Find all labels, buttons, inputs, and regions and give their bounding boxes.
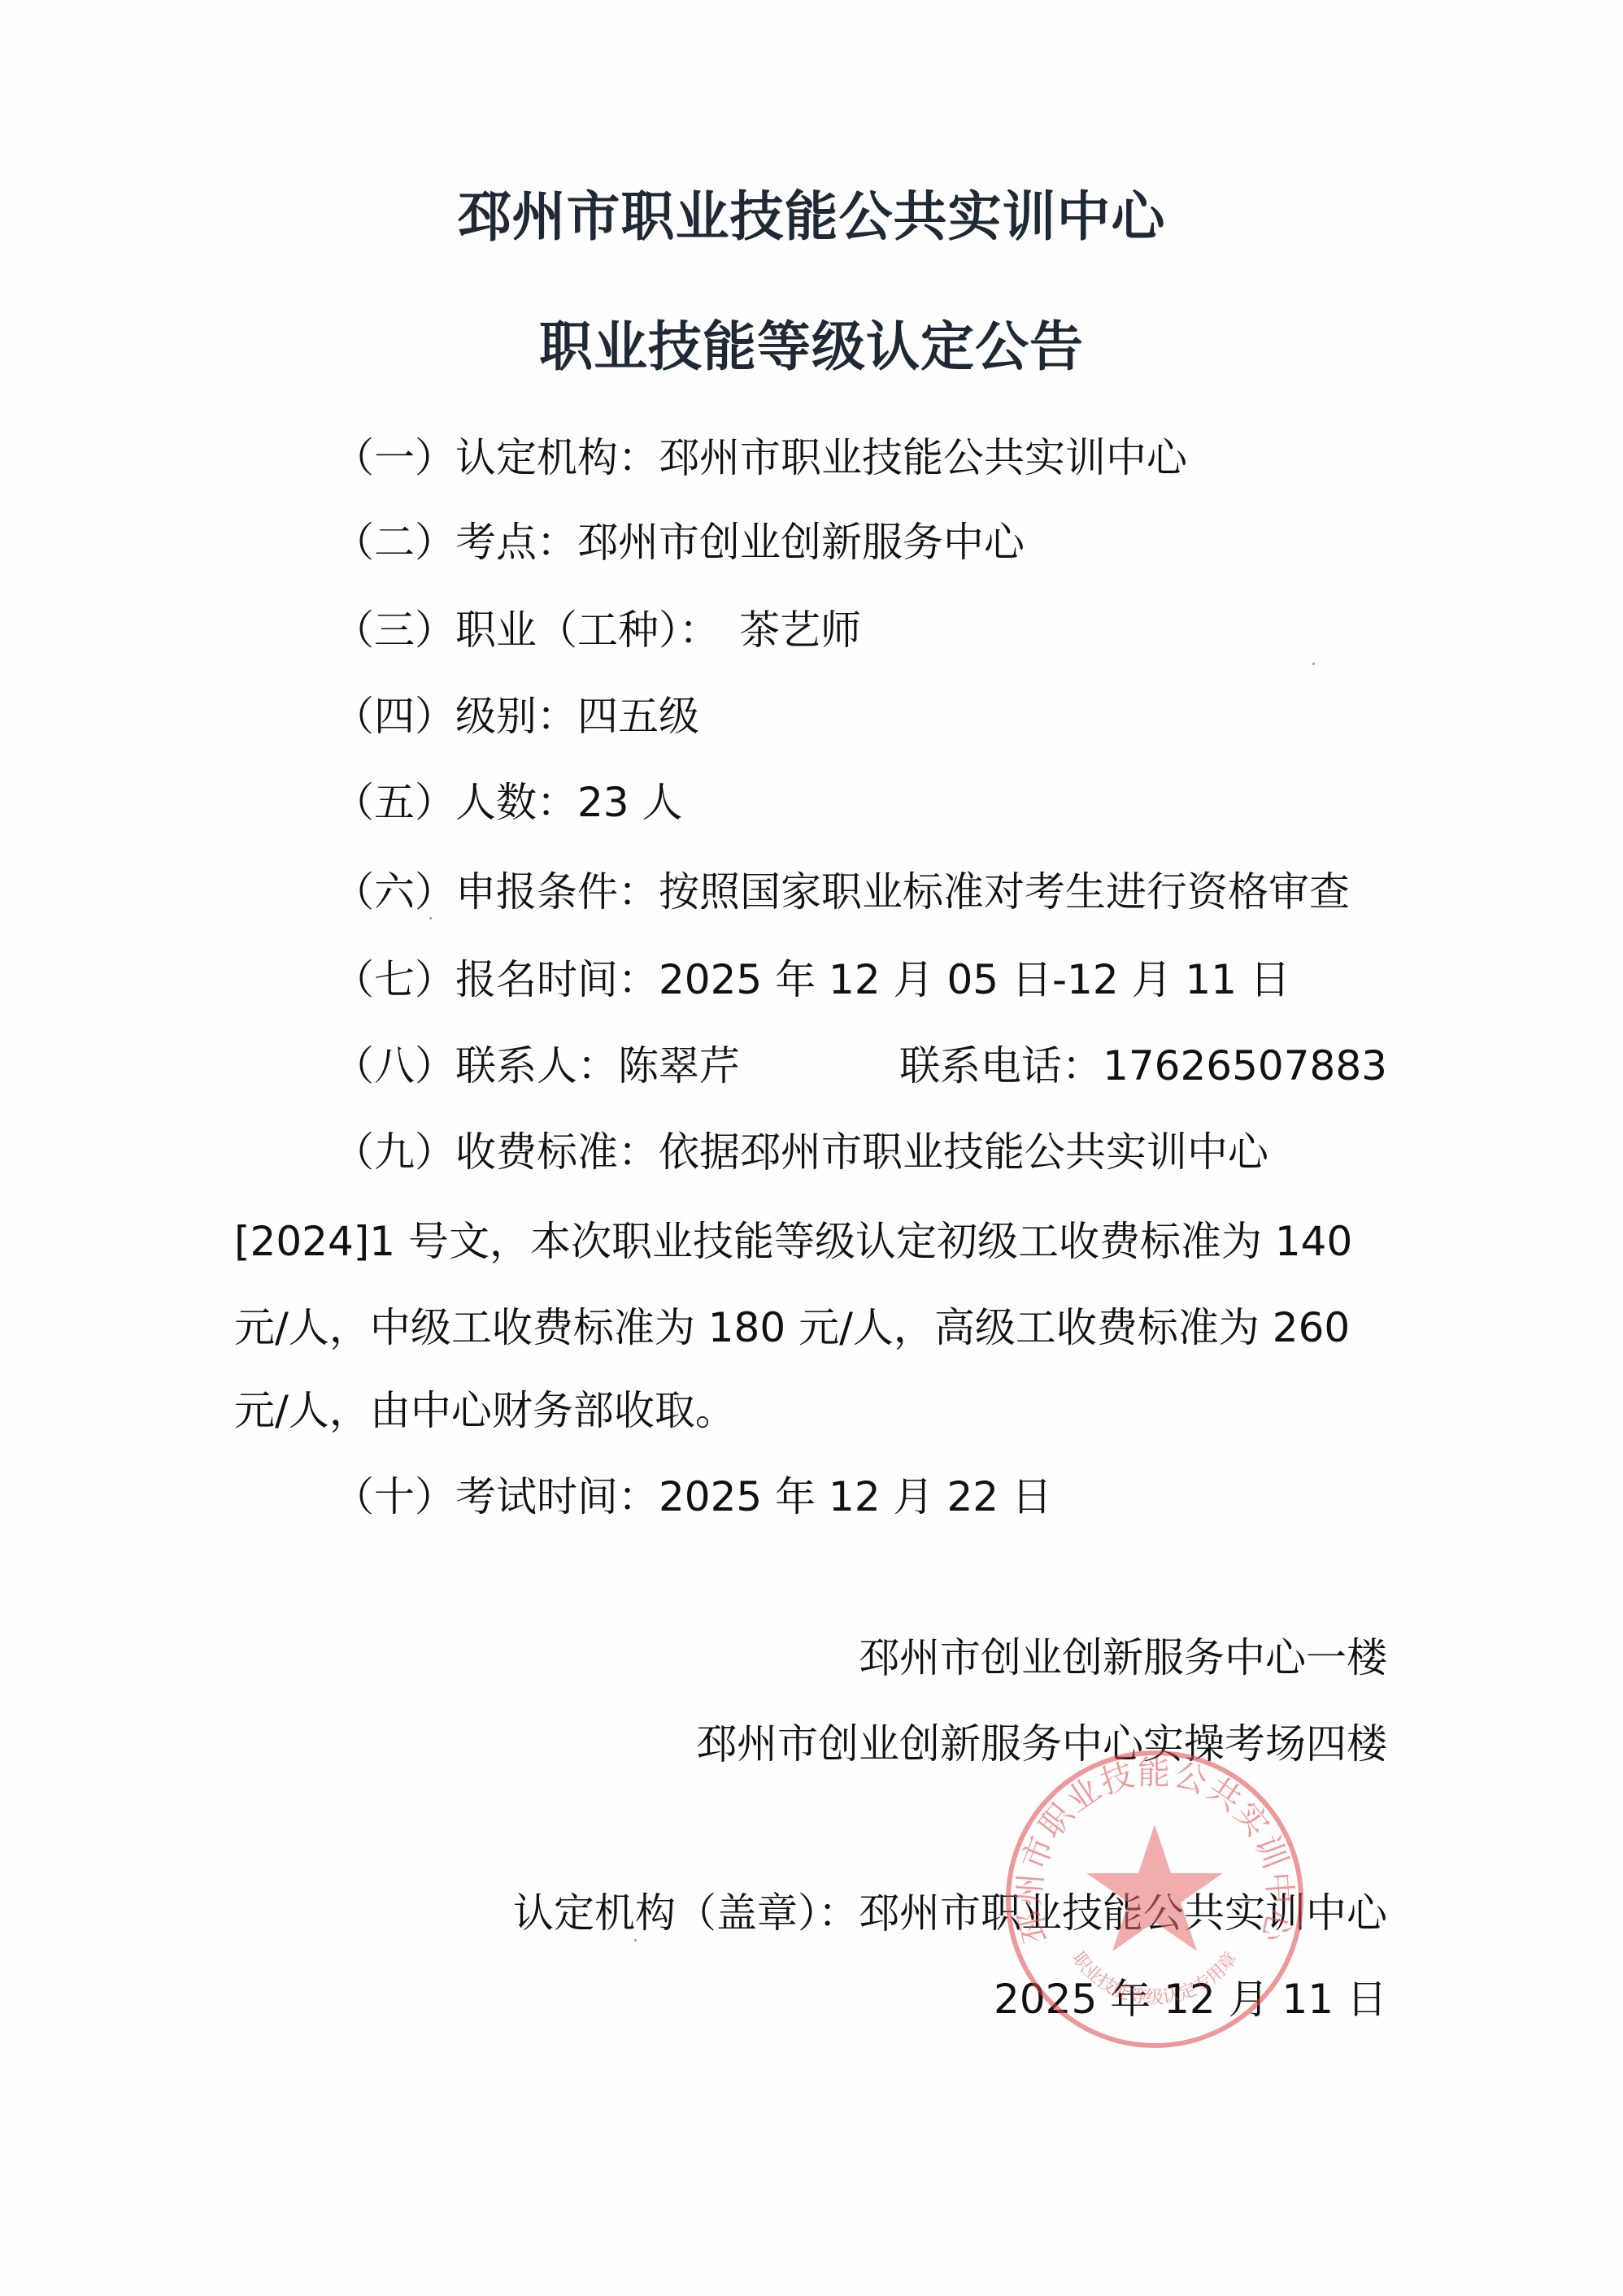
item-index: （六） xyxy=(333,868,455,915)
item-index: （一） xyxy=(333,434,455,481)
item-value: 陈翠芹 xyxy=(618,1042,740,1089)
item-index: （七） xyxy=(333,956,455,1003)
item-exam-site: （二）考点：邳州市创业创新服务中心 xyxy=(333,514,1025,571)
signature-line: 认定机构（盖章）：邳州市职业技能公共实训中心 xyxy=(513,1885,1387,1942)
item-label: 级别： xyxy=(455,693,577,740)
scan-speck xyxy=(634,1939,637,1942)
item-value: 茶艺师 xyxy=(739,607,861,654)
item-value: 按照国家职业标准对考生进行资格审查 xyxy=(659,868,1350,915)
signature-date: 2025 年 12 月 11 日 xyxy=(994,1971,1387,2028)
item-level: （四）级别：四五级 xyxy=(333,688,699,745)
item-fee-standard: （九）收费标准：依据邳州市职业技能公共实训中心 xyxy=(333,1124,1268,1181)
item-label: 考试时间： xyxy=(455,1473,659,1520)
item-index: （九） xyxy=(333,1128,455,1176)
signature-label: 认定机构（盖章）： xyxy=(513,1889,859,1937)
fee-paragraph-line-2: [2024]1 号文，本次职业技能等级认定初级工收费标准为 140 xyxy=(234,1213,1352,1270)
item-label: 职业（工种）： xyxy=(455,607,720,654)
document-page: 邳州市职业技能公共实训中心 职业技能等级认定公告 （一）认定机构：邳州市职业技能… xyxy=(0,0,1623,2296)
item-value: 23 人 xyxy=(577,779,683,826)
item-headcount: （五）人数：23 人 xyxy=(333,774,683,831)
item-label: 联系人： xyxy=(455,1042,618,1089)
scan-speck xyxy=(429,917,432,920)
item-exam-date: （十）考试时间：2025 年 12 月 22 日 xyxy=(333,1468,1052,1525)
item-index: （五） xyxy=(333,779,455,826)
location-line-2: 邳州市创业创新服务中心实操考场四楼 xyxy=(696,1715,1387,1772)
item-value: 邳州市创业创新服务中心 xyxy=(577,519,1025,566)
item-contact-person: （八）联系人：陈翠芹 xyxy=(333,1037,740,1094)
title-line-2: 职业技能等级认定公告 xyxy=(0,314,1623,379)
contact-phone-number: 17626507883 xyxy=(1103,1042,1387,1089)
item-label: 申报条件： xyxy=(455,868,659,915)
fee-paragraph-line-4: 元/人，由中心财务部收取。 xyxy=(234,1382,736,1439)
item-index: （十） xyxy=(333,1473,455,1520)
item-label: 收费标准： xyxy=(455,1128,659,1176)
item-eligibility: （六）申报条件：按照国家职业标准对考生进行资格审查 xyxy=(333,863,1350,920)
item-value: 2025 年 12 月 22 日 xyxy=(659,1473,1052,1520)
scan-speck xyxy=(1312,663,1315,665)
item-index: （三） xyxy=(333,607,455,654)
fee-paragraph-line-3: 元/人，中级工收费标准为 180 元/人，高级工收费标准为 260 xyxy=(234,1299,1350,1356)
item-value: 邳州市职业技能公共实训中心 xyxy=(659,434,1187,481)
item-index: （八） xyxy=(333,1042,455,1089)
item-index: （二） xyxy=(333,519,455,566)
item-value: 四五级 xyxy=(577,693,699,740)
item-registration-period: （七）报名时间：2025 年 12 月 05 日-12 月 11 日 xyxy=(333,951,1290,1008)
title-line-1: 邳州市职业技能公共实训中心 xyxy=(0,184,1623,249)
item-value: 2025 年 12 月 05 日-12 月 11 日 xyxy=(659,956,1290,1003)
item-certification-body: （一）认定机构：邳州市职业技能公共实训中心 xyxy=(333,429,1187,486)
item-index: （四） xyxy=(333,693,455,740)
item-label: 考点： xyxy=(455,519,577,566)
location-line-1: 邳州市创业创新服务中心一楼 xyxy=(859,1629,1387,1686)
item-value: 依据邳州市职业技能公共实训中心 xyxy=(659,1128,1268,1176)
item-occupation: （三）职业（工种）：茶艺师 xyxy=(333,602,861,659)
item-label: 人数： xyxy=(455,779,577,826)
contact-phone: 联系电话：17626507883 xyxy=(899,1037,1387,1094)
contact-phone-label: 联系电话： xyxy=(899,1042,1103,1089)
signature-org: 邳州市职业技能公共实训中心 xyxy=(859,1889,1387,1937)
item-label: 认定机构： xyxy=(455,434,659,481)
item-label: 报名时间： xyxy=(455,956,659,1003)
